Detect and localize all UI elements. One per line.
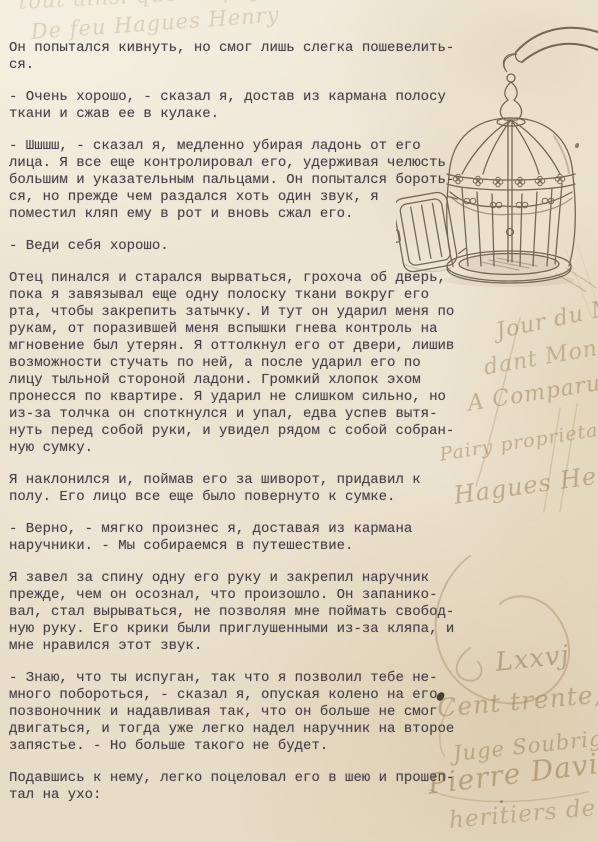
handwriting-margin-note: Jour du M [494,295,598,345]
novel-text: Он попытался кивнуть, но смог лишь слегк… [9,40,487,819]
novel-paragraph: - Веди себя хорошо. [9,238,487,255]
handwriting-footer-note: Lxxvj [494,640,571,678]
novel-paragraph: Подавшись к нему, легко поцеловал его в … [9,770,487,804]
novel-paragraph: - Шшшш, - сказал я, медленно убирая ладо… [9,138,487,223]
novel-paragraph: Я наклонился и, поймав его за шиворот, п… [9,472,487,506]
novel-paragraph: Он попытался кивнуть, но смог лишь слегк… [9,40,487,74]
novel-paragraph: Отец пинался и старался вырваться, грохо… [9,270,487,457]
novel-paragraph: Я завел за спину одну его руку и закрепи… [9,570,487,655]
book-page: { "novel": { "paragraphs": [ "Он попытал… [0,0,598,842]
ink-speck [575,143,579,148]
novel-paragraph: - Верно, - мягко произнес я, доставая из… [9,521,487,555]
novel-paragraph: - Знаю, что ты испуган, так что я позвол… [9,670,487,755]
novel-paragraph: - Очень хорошо, - сказал я, достав из ка… [9,89,487,123]
